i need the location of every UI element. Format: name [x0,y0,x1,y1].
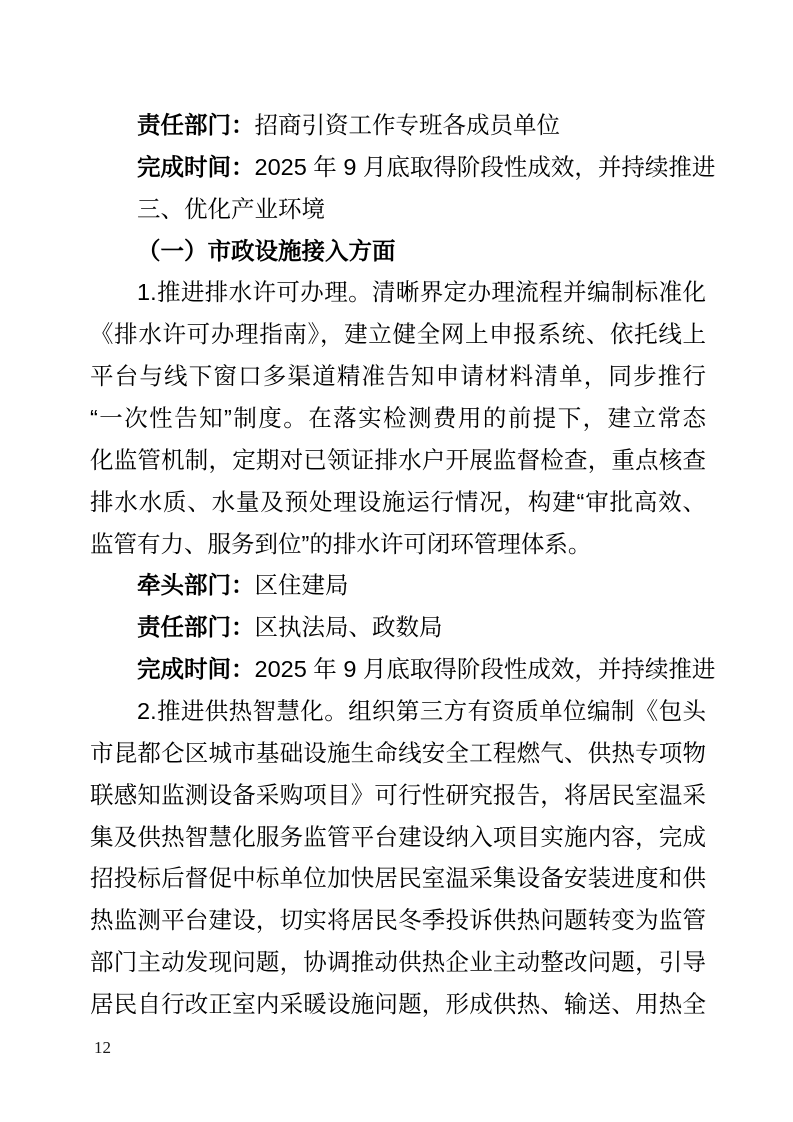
text-line: 监管有力、服务到位”的排水许可闭环管理体系。 [90,524,706,566]
text-line: 招投标后督促中标单位加快居民室温采集设备安装进度和供 [90,858,706,900]
section-heading-level1: 三、优化产业环境 [90,189,706,231]
kv-line-lead-dept: 牵头部门：区住建局 [90,565,706,607]
kv-label: 责任部门： [137,614,255,640]
text-line: 1.推进排水许可办理。清晰界定办理流程并编制标准化 [90,272,706,314]
text-line: 联感知监测设备采购项目》可行性研究报告，将居民室温采 [90,775,706,817]
kv-value: 区执法局、政数局 [255,614,443,640]
text-line: 《排水许可办理指南》，建立健全网上申报系统、依托线上 [90,314,706,356]
kv-value: 2025 年 9 月底取得阶段性成效，并持续推进 [255,154,716,180]
section-heading-level2: （一）市政设施接入方面 [90,231,706,273]
kv-line-responsible-dept: 责任部门：区执法局、政数局 [90,607,706,649]
kv-line-completion-time: 完成时间：2025 年 9 月底取得阶段性成效，并持续推进 [90,649,706,691]
text-line: 排水水质、水量及预处理设施运行情况，构建“审批高效、 [90,482,706,524]
kv-value: 2025 年 9 月底取得阶段性成效，并持续推进 [255,656,716,682]
paragraph-drainage-permit: 1.推进排水许可办理。清晰界定办理流程并编制标准化 《排水许可办理指南》，建立健… [90,272,706,565]
kv-label: 完成时间： [137,154,255,180]
document-page: 责任部门：招商引资工作专班各成员单位 完成时间：2025 年 9 月底取得阶段性… [0,0,793,1122]
text-line: 2.推进供热智慧化。组织第三方有资质单位编制《包头 [90,691,706,733]
text-line: “一次性告知”制度。在落实检测费用的前提下，建立常态 [90,398,706,440]
page-number: 12 [94,1038,111,1058]
kv-label: 责任部门： [137,112,255,138]
text-line: 集及供热智慧化服务监管平台建设纳入项目实施内容，完成 [90,817,706,859]
kv-line-completion-time: 完成时间：2025 年 9 月底取得阶段性成效，并持续推进 [90,147,706,189]
text-line: 热监测平台建设，切实将居民冬季投诉供热问题转变为监管 [90,900,706,942]
text-line: 化监管机制，定期对已领证排水户开展监督检查，重点核查 [90,440,706,482]
kv-label: 完成时间： [137,656,255,682]
kv-value: 区住建局 [255,572,349,598]
text-line: 居民自行改正室内采暖设施问题，形成供热、输送、用热全 [90,984,706,1026]
document-content: 责任部门：招商引资工作专班各成员单位 完成时间：2025 年 9 月底取得阶段性… [90,105,706,1026]
kv-line-responsible-dept: 责任部门：招商引资工作专班各成员单位 [90,105,706,147]
text-line: 平台与线下窗口多渠道精准告知申请材料清单，同步推行 [90,356,706,398]
text-line: 市昆都仑区城市基础设施生命线安全工程燃气、供热专项物 [90,733,706,775]
kv-value: 招商引资工作专班各成员单位 [255,112,561,138]
paragraph-smart-heating: 2.推进供热智慧化。组织第三方有资质单位编制《包头 市昆都仑区城市基础设施生命线… [90,691,706,1026]
kv-label: 牵头部门： [137,572,255,598]
text-line: 部门主动发现问题，协调推动供热企业主动整改问题，引导 [90,942,706,984]
